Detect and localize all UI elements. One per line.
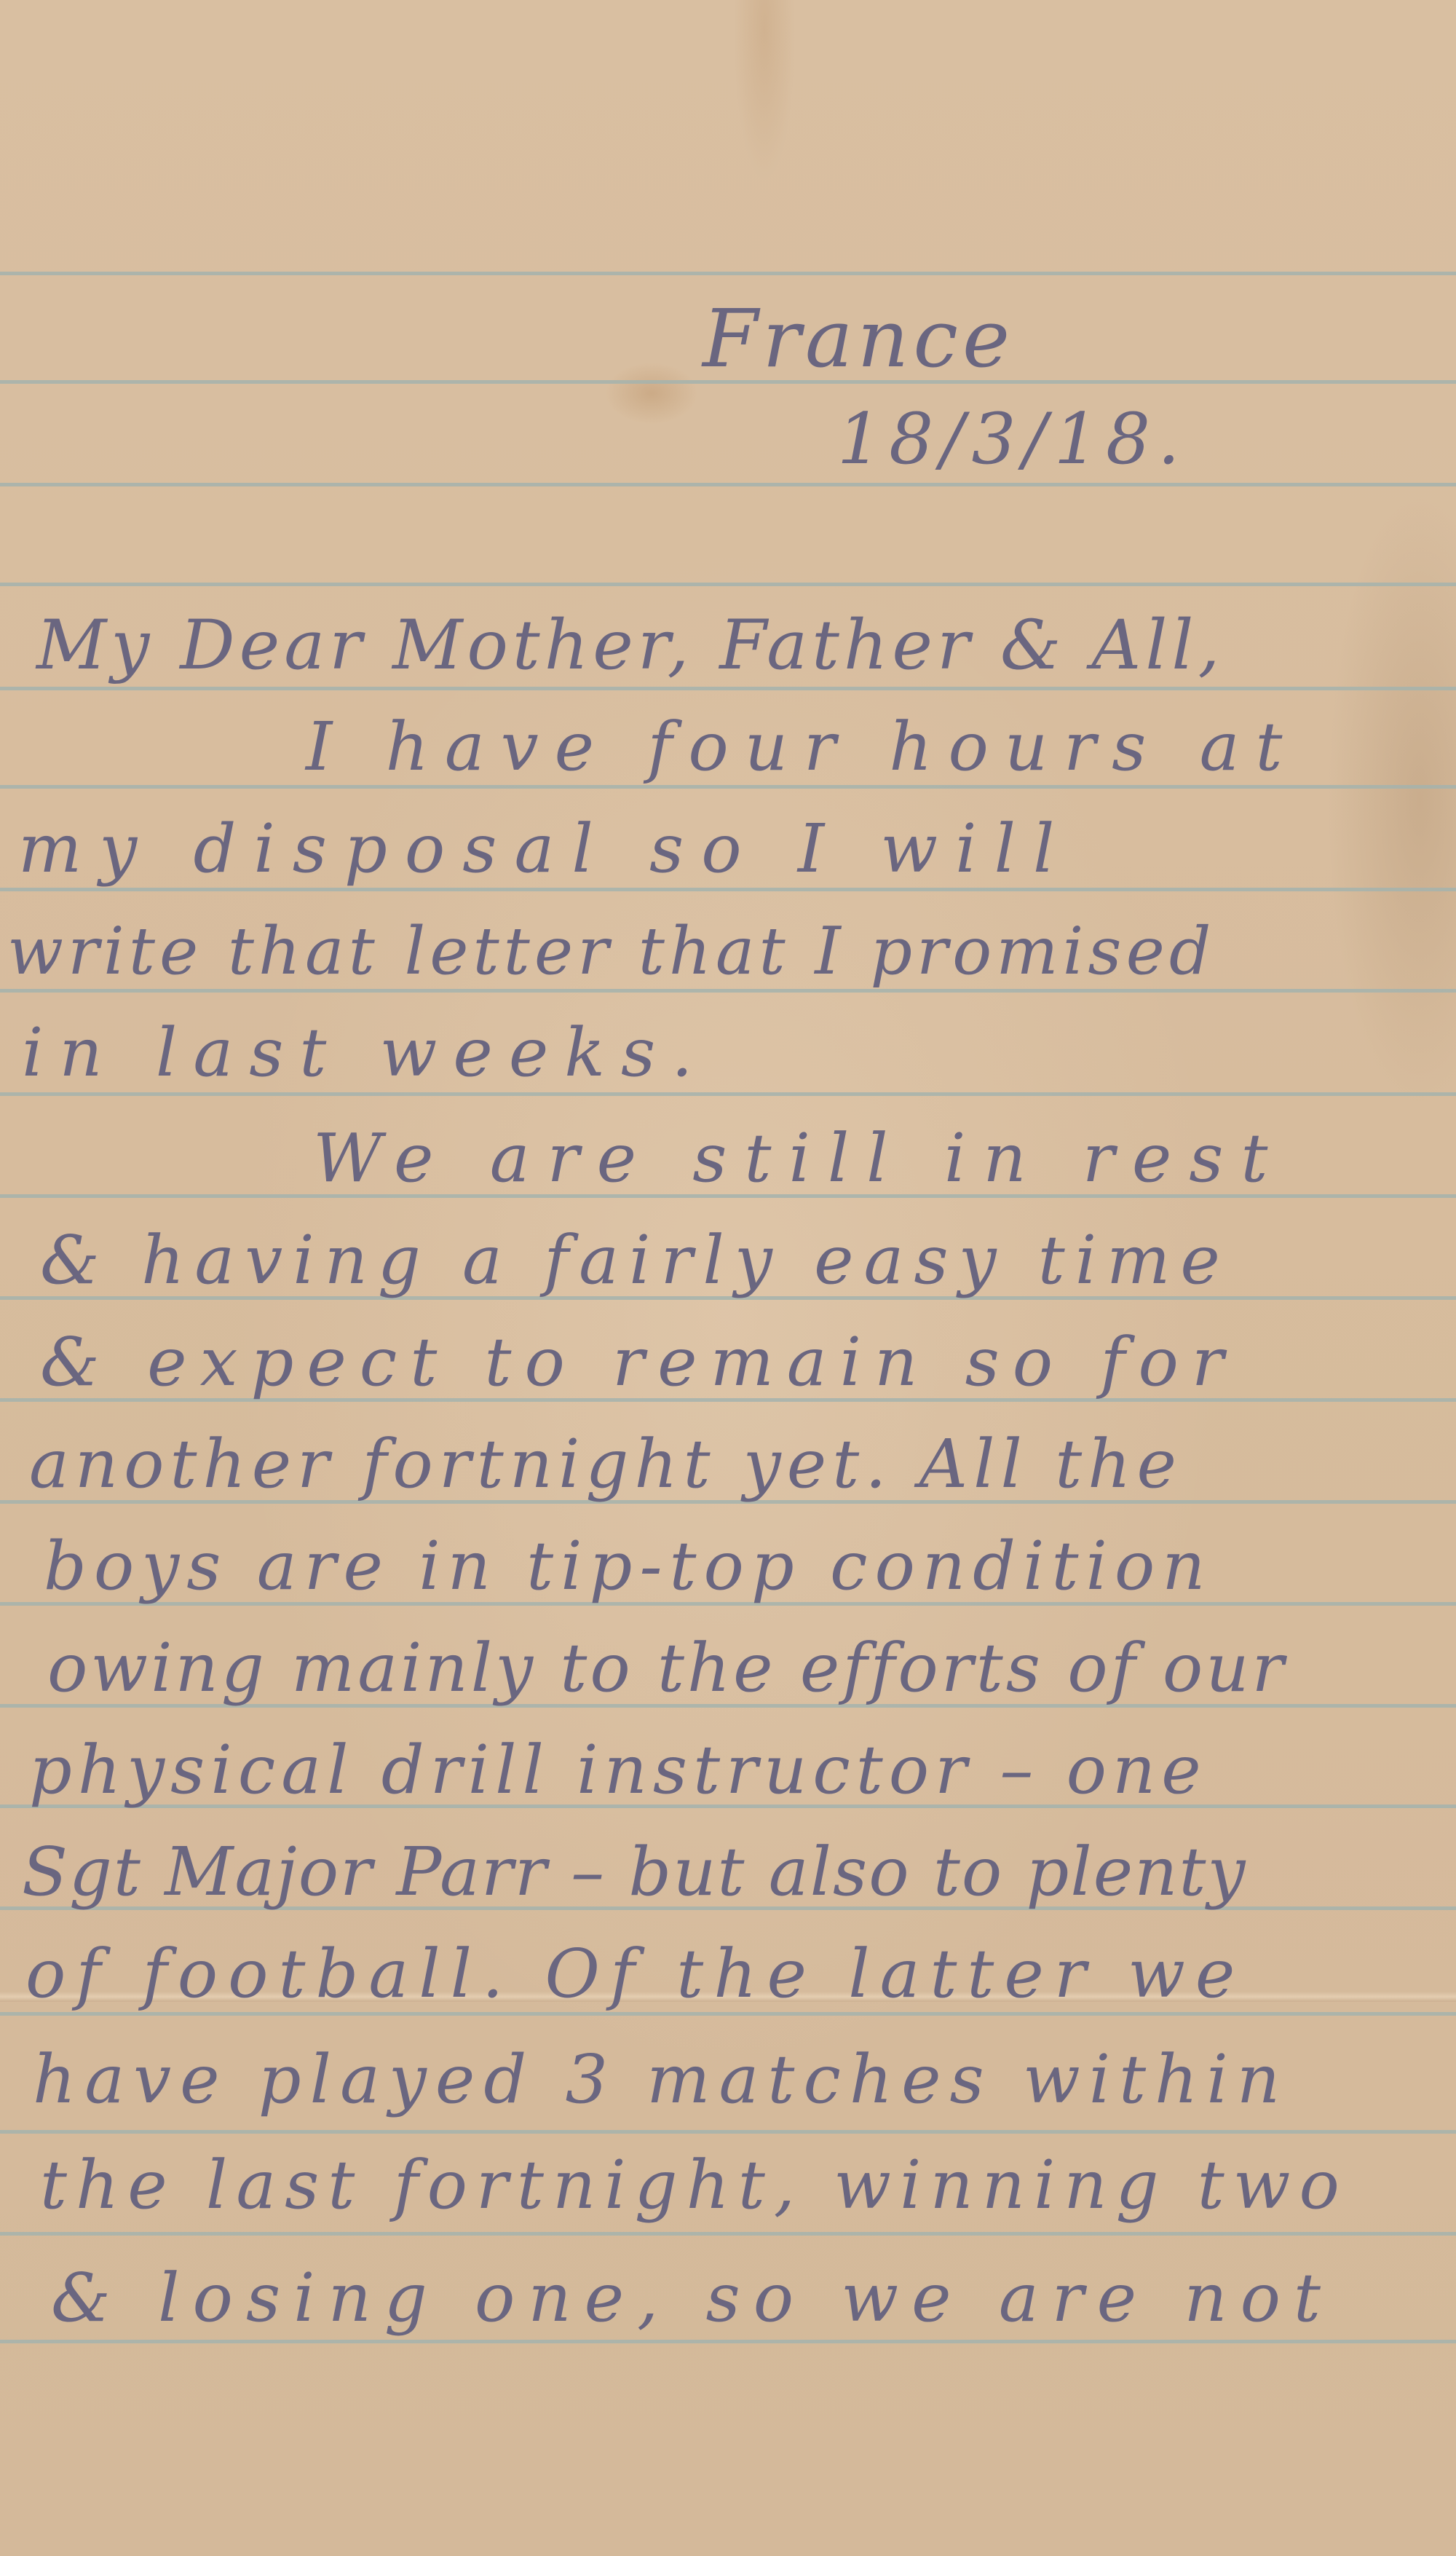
ruled-line [0,272,1456,275]
letter-line: write that letter that I promised [7,919,1215,985]
letter-line: & expect to remain so for [40,1329,1237,1396]
ruled-line [0,1092,1456,1096]
letter-date: 18/3/18. [837,404,1187,474]
ruled-line [0,2232,1456,2236]
letter-line: of football. Of the latter we [25,1941,1245,2008]
ruled-line [0,687,1456,690]
letter-line: have played 3 matches within [33,2046,1289,2113]
letter-line: my disposal so I will [18,816,1072,883]
letter-line: & losing one, so we are not [51,2265,1334,2332]
letter-line: boys are in tip-top condition [44,1533,1213,1600]
letter-line: We are still in rest [313,1125,1286,1192]
letter-line: physical drill instructor – one [29,1737,1207,1804]
letter-line: in last weeks. [22,1019,708,1086]
ruled-line [0,583,1456,586]
letter-line: I have four hours at [306,714,1298,781]
ruled-line [0,2340,1456,2343]
ruled-line [0,888,1456,891]
letter-line: owing mainly to the efforts of our [47,1635,1287,1702]
letter-line: another fortnight yet. All the [29,1431,1182,1498]
letter-line: Sgt Major Parr – but also to plenty [22,1839,1246,1906]
ruled-line [0,483,1456,486]
letter-line: the last fortnight, winning two [40,2152,1348,2219]
ruled-line [0,2130,1456,2134]
letter-line: & having a fairly easy time [40,1227,1230,1294]
letter-page: France 18/3/18. My Dear Mother, Father &… [0,0,1456,2556]
salutation: My Dear Mother, Father & All, [36,612,1224,680]
letter-place: France [703,299,1014,379]
